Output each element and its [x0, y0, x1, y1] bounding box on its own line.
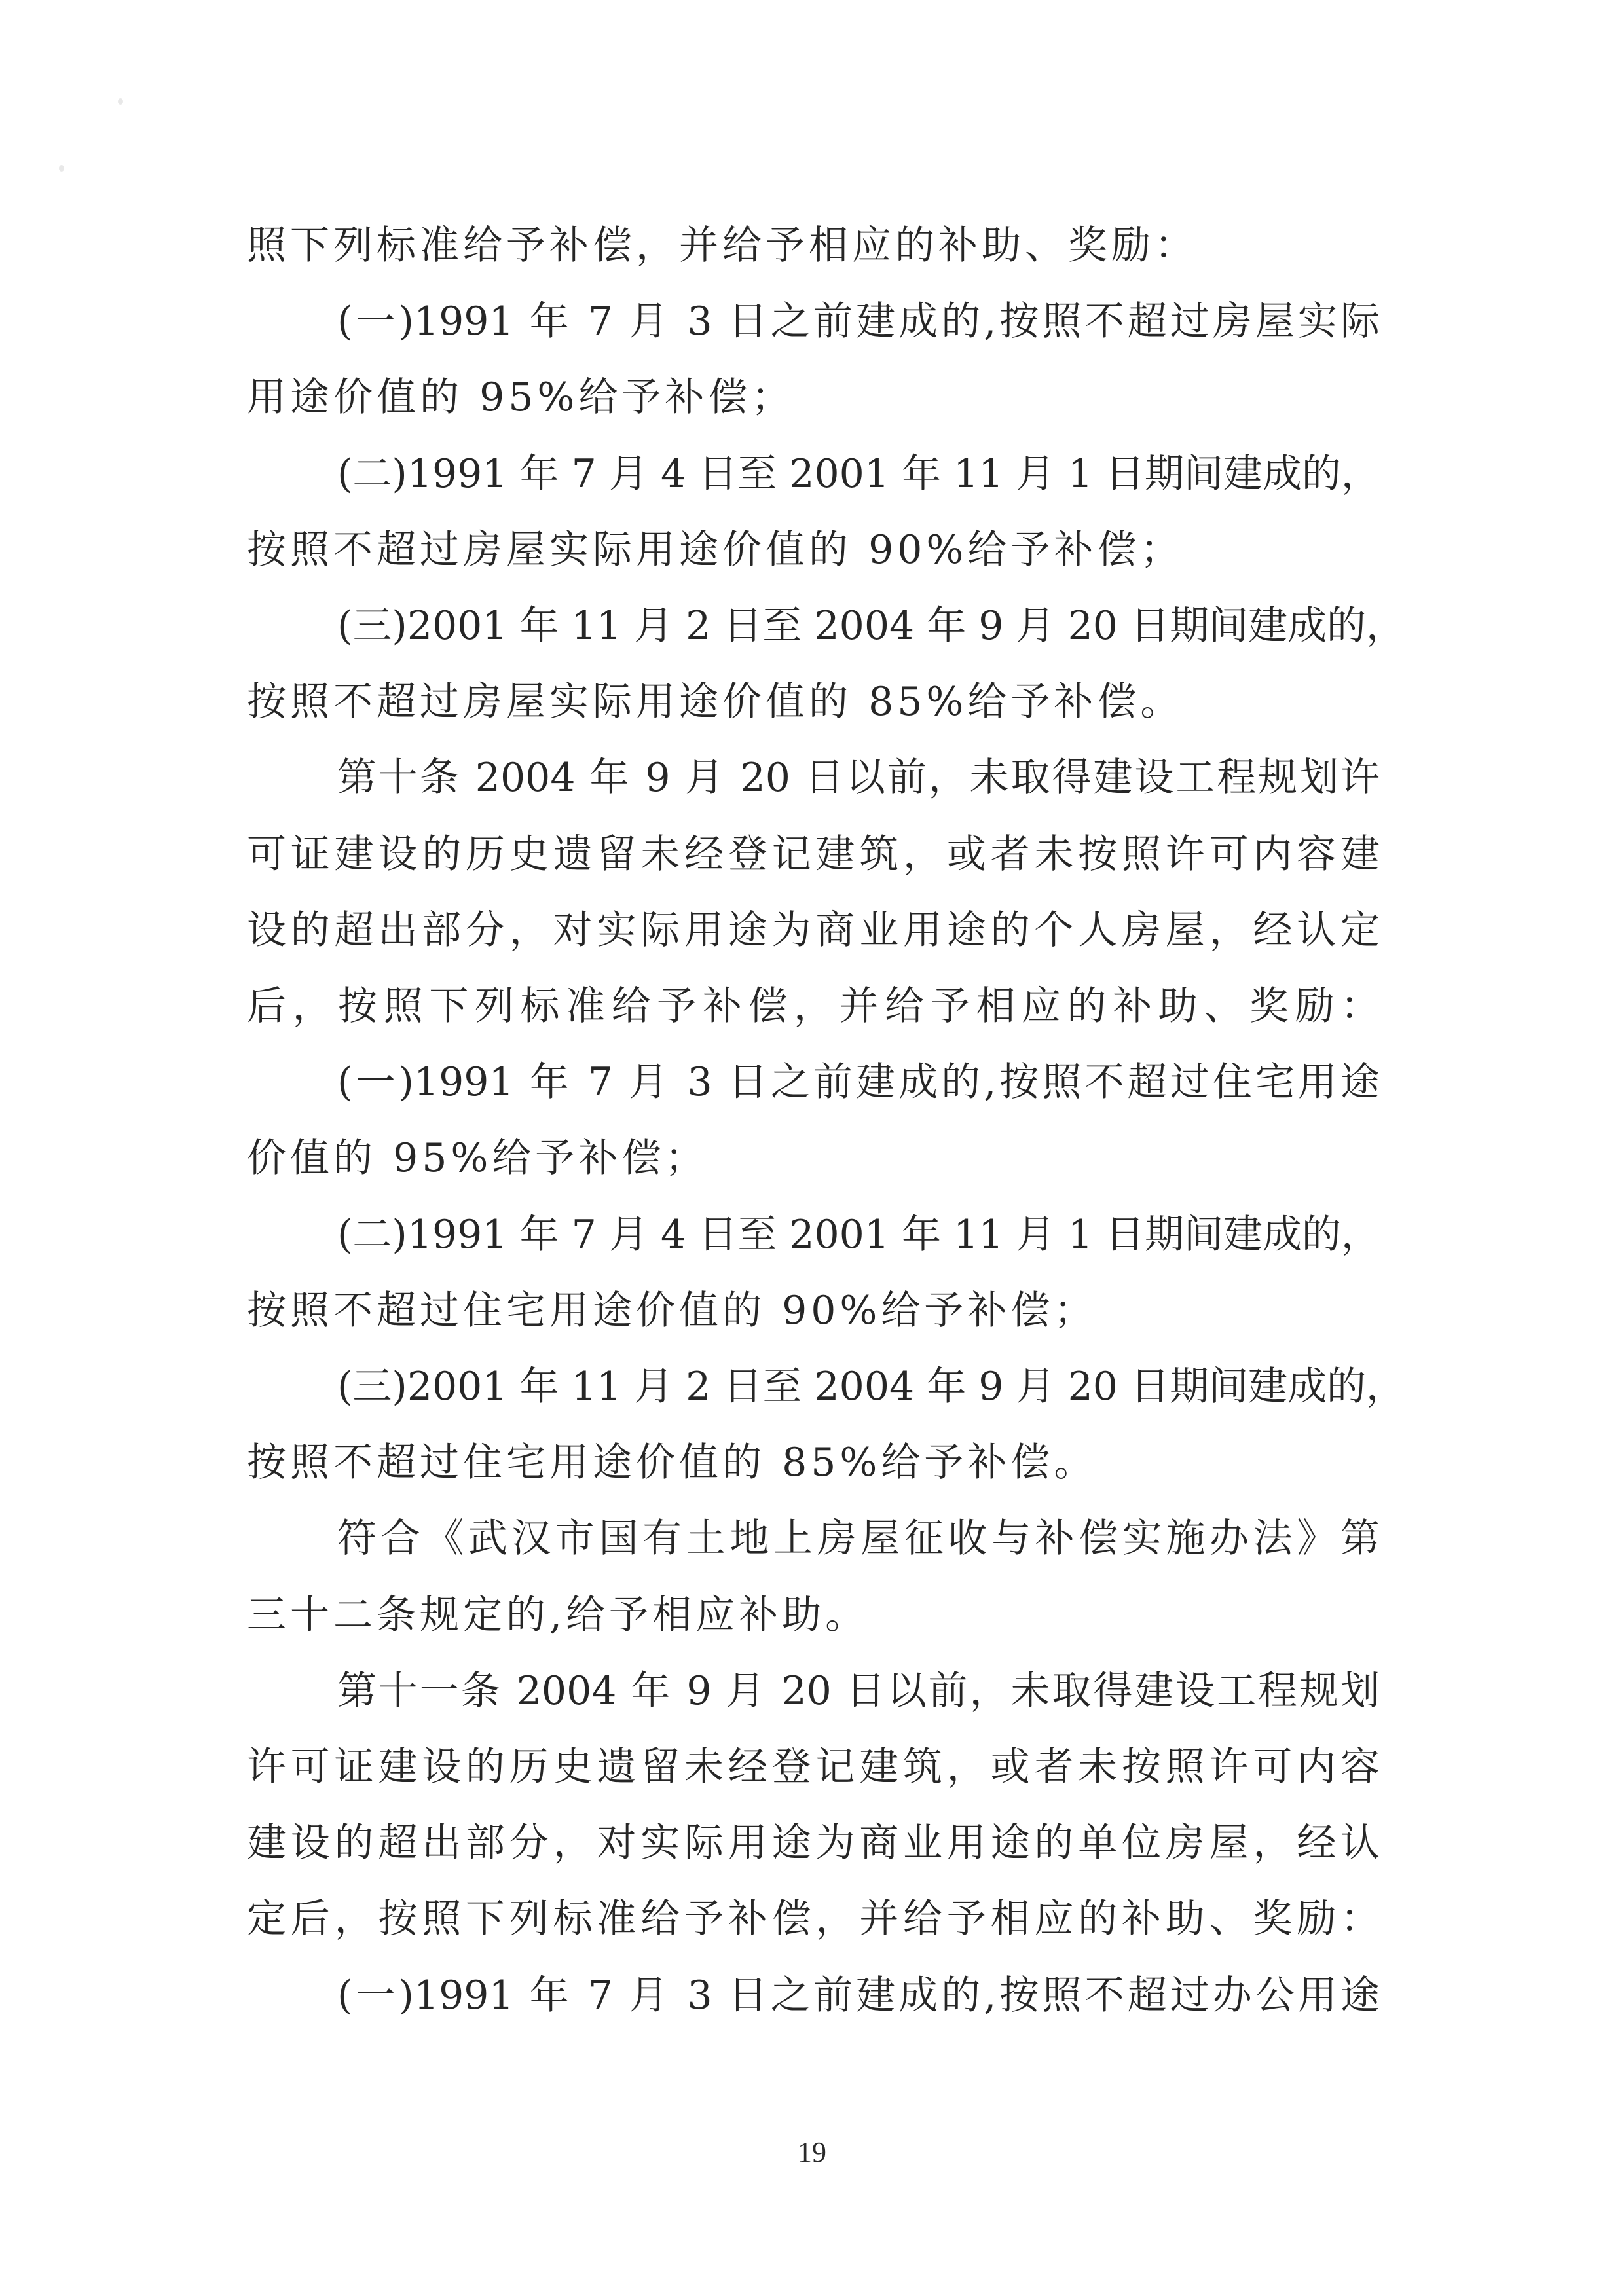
body-line: 按照不超过房屋实际用途价值的 90%给予补偿；: [247, 524, 1380, 576]
article-11-heading-line: 第十一条 2004 年 9 月 20 日以前，未取得建设工程规划: [337, 1665, 1380, 1717]
body-line: (二)1991 年 7 月 4 日至 2001 年 11 月 1 日期间建成的，: [337, 448, 1380, 500]
body-line: (一)1991 年 7 月 3 日之前建成的,按照不超过办公用途: [337, 1969, 1380, 2022]
scan-artifact: [59, 165, 64, 172]
body-line: (三)2001 年 11 月 2 日至 2004 年 9 月 20 日期间建成的…: [337, 600, 1380, 652]
scan-artifact: [118, 98, 123, 105]
body-line: 价值的 95%给予补偿；: [247, 1132, 1380, 1184]
body-line: 符合《武汉市国有土地上房屋征收与补偿实施办法》第: [337, 1512, 1380, 1565]
body-line: 建设的超出部分，对实际用途为商业用途的单位房屋，经认: [247, 1817, 1380, 1869]
body-line: 可证建设的历史遗留未经登记建筑，或者未按照许可内容建: [247, 828, 1380, 881]
body-line: 照下列标准给予补偿，并给予相应的补助、奖励：: [247, 219, 1380, 272]
body-line: 后，按照下列标准给予补偿，并给予相应的补助、奖励：: [247, 980, 1380, 1032]
body-line: 按照不超过房屋实际用途价值的 85%给予补偿。: [247, 676, 1380, 728]
article-10-heading-line: 第十条 2004 年 9 月 20 日以前，未取得建设工程规划许: [337, 752, 1380, 804]
body-line: (一)1991 年 7 月 3 日之前建成的,按照不超过房屋实际: [337, 295, 1380, 348]
page-number: 19: [0, 2136, 1624, 2169]
body-line: 许可证建设的历史遗留未经登记建筑，或者未按照许可内容: [247, 1741, 1380, 1793]
body-line: 按照不超过住宅用途价值的 90%给予补偿；: [247, 1285, 1380, 1337]
body-line: 定后，按照下列标准给予补偿，并给予相应的补助、奖励：: [247, 1893, 1380, 1945]
body-line: 按照不超过住宅用途价值的 85%给予补偿。: [247, 1436, 1380, 1489]
body-line: (一)1991 年 7 月 3 日之前建成的,按照不超过住宅用途: [337, 1056, 1380, 1108]
body-line: (二)1991 年 7 月 4 日至 2001 年 11 月 1 日期间建成的，: [337, 1209, 1380, 1261]
body-line: 用途价值的 95%给予补偿；: [247, 371, 1380, 424]
body-line: 三十二条规定的,给予相应补助。: [247, 1589, 1380, 1641]
body-line: (三)2001 年 11 月 2 日至 2004 年 9 月 20 日期间建成的…: [337, 1360, 1380, 1413]
document-page: 照下列标准给予补偿，并给予相应的补助、奖励： (一)1991 年 7 月 3 日…: [0, 0, 1624, 2296]
body-line: 设的超出部分，对实际用途为商业用途的个人房屋，经认定: [247, 904, 1380, 957]
